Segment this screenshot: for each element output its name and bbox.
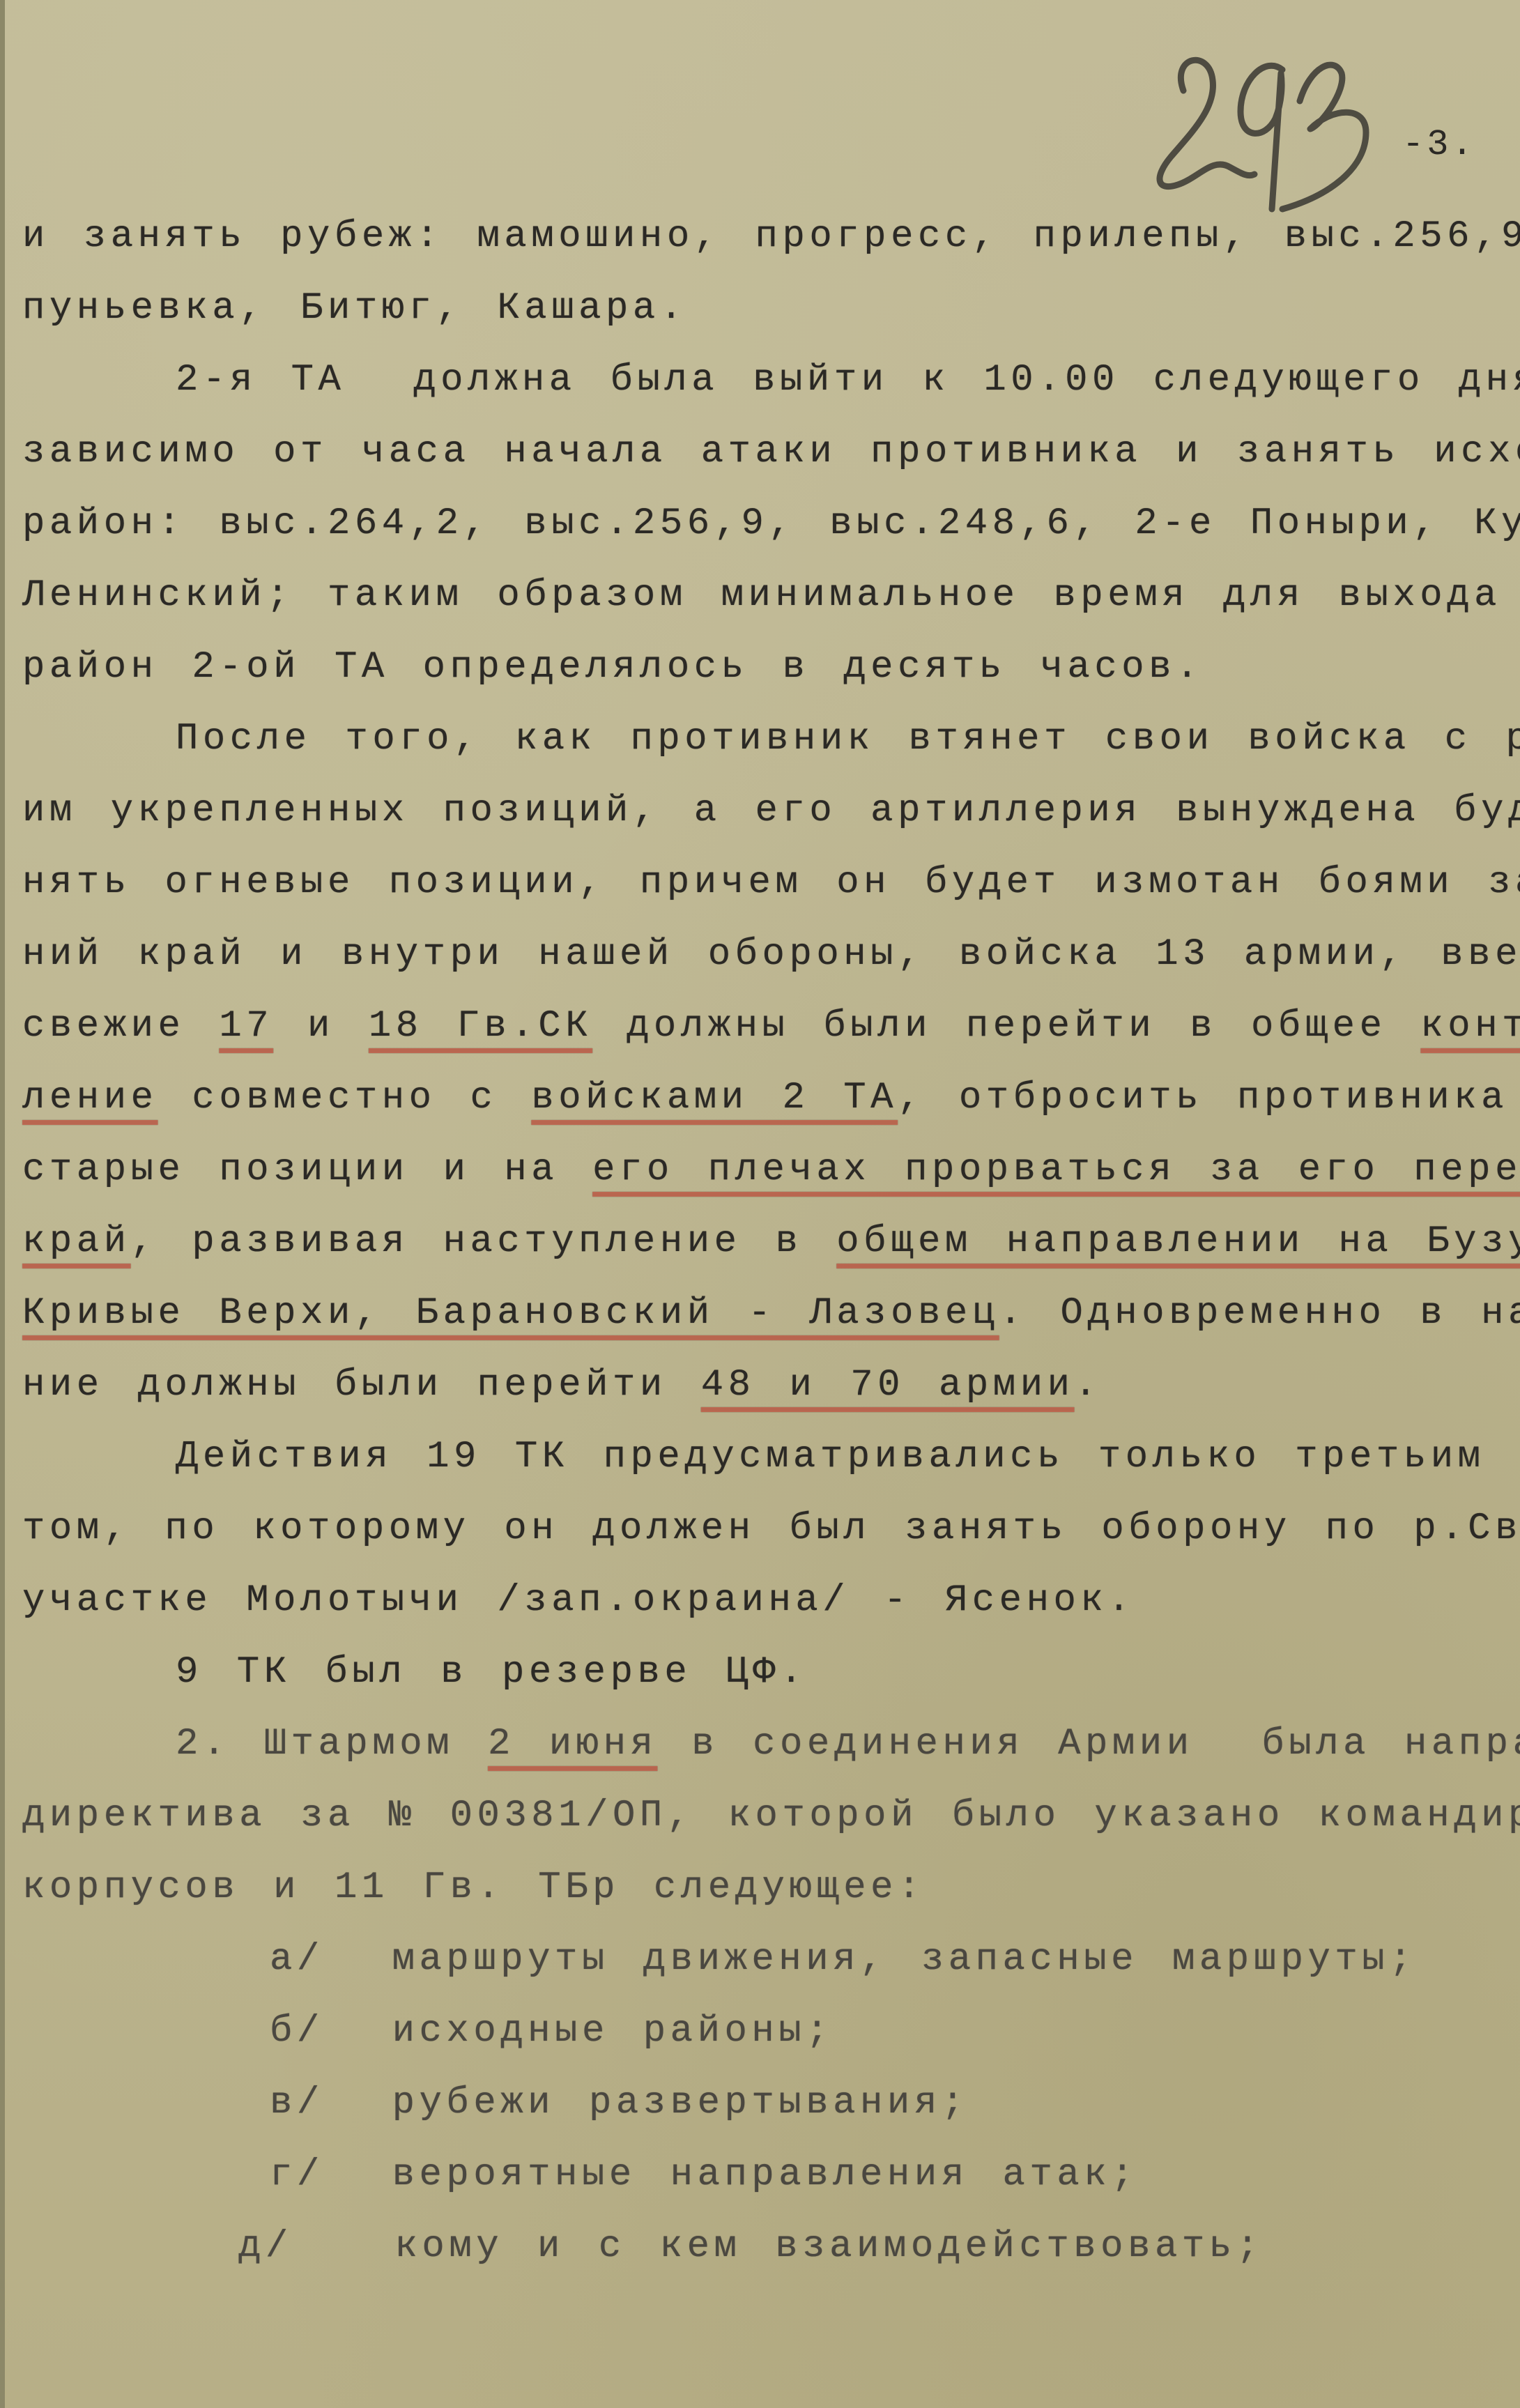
text-segment: директива за № 00381/ОП, которой было ук… (22, 1795, 1520, 1837)
page-number: -3. (1402, 124, 1476, 165)
handwritten-293-icon (1143, 42, 1373, 216)
text-line: старые позиции и на его плечах прорватьс… (22, 1134, 1493, 1206)
text-segment: в соединения Армии была направлена (657, 1723, 1520, 1765)
text-line: корпусов и 11 Гв. ТБр следующее: (22, 1852, 1493, 1924)
text-line: 2-я ТА должна была выйти к 10.00 следующ… (22, 344, 1493, 416)
text-segment: и занять рубеж: мамошино, прогресс, прил… (22, 215, 1520, 258)
text-segment: нять огневые позиции, причем он будет из… (22, 861, 1520, 904)
text-segment: совместно с (158, 1077, 532, 1119)
text-segment: Действия 19 ТК предусматривались только … (176, 1436, 1520, 1478)
underlined-phrase: 2 июня (488, 1723, 657, 1765)
text-line: зависимо от часа начала атаки противника… (22, 416, 1493, 488)
list-text: исходные районы; (392, 2010, 833, 2053)
list-marker: г/ (270, 2154, 358, 2196)
text-line: ний край и внутри нашей обороны, войска … (22, 919, 1493, 990)
text-line: 2. Штармом 2 июня в соединения Армии был… (22, 1708, 1493, 1780)
text-line: директива за № 00381/ОП, которой было ук… (22, 1780, 1493, 1852)
list-marker: б/ (270, 2010, 358, 2053)
list-marker: а/ (270, 1938, 358, 1981)
text-segment: ние должны были перейти (22, 1364, 701, 1406)
text-segment: том, по которому он должен был занять об… (22, 1508, 1520, 1550)
text-line: участке Молотычи /зап.окраина/ - Ясенок. (22, 1565, 1493, 1636)
text-line: район: выс.264,2, выс.256,9, выс.248,6, … (22, 488, 1493, 560)
list-marker: в/ (270, 2082, 358, 2124)
text-segment: , развивая наступление в (131, 1220, 837, 1263)
text-segment: район 2-ой ТА определялось в десять часо… (22, 646, 1203, 689)
text-line: им укрепленных позиций, а его артиллерия… (22, 775, 1493, 847)
text-segment: свежие (22, 1005, 219, 1048)
text-segment: , отбросить противника на его (898, 1077, 1520, 1119)
list-text: маршруты движения, запасные маршруты; (392, 1938, 1417, 1981)
text-line: Кривые Верхи, Барановский - Лазовец. Одн… (22, 1278, 1493, 1349)
list-marker: д/ (238, 2225, 327, 2268)
text-segment: им укрепленных позиций, а его артиллерия… (22, 790, 1520, 832)
text-segment: 2. Штармом (176, 1723, 488, 1765)
text-line: район 2-ой ТА определялось в десять часо… (22, 631, 1493, 703)
text-segment: район: выс.264,2, выс.256,9, выс.248,6, … (22, 503, 1520, 545)
text-segment: должны были перейти в общее (592, 1005, 1420, 1048)
underlined-phrase: 18 Гв.СК (369, 1005, 592, 1048)
text-line: ние должны были перейти 48 и 70 армии. (22, 1349, 1493, 1421)
list-item: г/ вероятные направления атак; (22, 2139, 1493, 2211)
text-line: Действия 19 ТК предусматривались только … (22, 1421, 1493, 1493)
underlined-phrase: войсками 2 ТА (531, 1077, 898, 1119)
list-item: в/ рубежи развертывания; (22, 2067, 1493, 2139)
text-segment: . Одновременно в наступле- (999, 1292, 1520, 1335)
text-line: ление совместно с войсками 2 ТА, отброси… (22, 1062, 1493, 1134)
typewritten-body: и занять рубеж: мамошино, прогресс, прил… (22, 201, 1493, 2283)
handwritten-folio-number (1143, 42, 1373, 216)
text-segment: После того, как противник втянет свои во… (176, 718, 1520, 760)
text-line: и занять рубеж: мамошино, прогресс, прил… (22, 201, 1493, 273)
underlined-phrase: общем направлении на Бузулук (836, 1220, 1520, 1263)
text-segment: корпусов и 11 Гв. ТБр следующее: (22, 1866, 925, 1909)
text-segment: ний край и внутри нашей обороны, войска … (22, 933, 1520, 976)
text-segment: зависимо от часа начала атаки противника… (22, 431, 1520, 473)
text-line: После того, как противник втянет свои во… (22, 703, 1493, 775)
list-text: кому и с кем взаимодействовать; (361, 2225, 1264, 2268)
text-line: свежие 17 и 18 Гв.СК должны были перейти… (22, 990, 1493, 1062)
text-segment: старые позиции и на (22, 1149, 592, 1191)
underlined-phrase: его плечах прорваться за его передний (592, 1149, 1520, 1191)
underlined-phrase: 48 и 70 армии (701, 1364, 1075, 1406)
underlined-phrase: ление (22, 1077, 158, 1119)
list-item: а/ маршруты движения, запасные маршруты; (22, 1924, 1493, 1995)
list-item: д/ кому и с кем взаимодействовать; (22, 2211, 1493, 2283)
underlined-phrase: контрнаступ- (1420, 1005, 1520, 1048)
page-edge-shadow (0, 0, 5, 2408)
text-line: пуньевка, Битюг, Кашара. (22, 273, 1493, 344)
underlined-phrase: Кривые Верхи, Барановский - Лазовец (22, 1292, 999, 1335)
text-segment: . (1075, 1364, 1102, 1406)
underlined-phrase: 17 (219, 1005, 273, 1048)
text-segment: 2-я ТА должна была выйти к 10.00 следующ… (176, 359, 1520, 401)
text-line: 9 ТК был в резерве ЦФ. (22, 1636, 1493, 1708)
text-segment: участке Молотычи /зап.окраина/ - Ясенок. (22, 1579, 1135, 1622)
list-text: рубежи развертывания; (392, 2082, 969, 2124)
text-segment: Ленинский; таким образом минимальное вре… (22, 574, 1520, 617)
text-segment: 9 ТК был в резерве ЦФ. (176, 1651, 807, 1694)
text-segment: и (273, 1005, 369, 1048)
text-line: нять огневые позиции, причем он будет из… (22, 847, 1493, 919)
text-segment: пуньевка, Битюг, Кашара. (22, 287, 687, 330)
text-line: том, по которому он должен был занять об… (22, 1493, 1493, 1565)
list-text: вероятные направления атак; (392, 2154, 1138, 2196)
text-line: Ленинский; таким образом минимальное вре… (22, 560, 1493, 631)
text-line: край, развивая наступление в общем напра… (22, 1206, 1493, 1278)
underlined-phrase: край (22, 1220, 131, 1263)
list-item: б/ исходные районы; (22, 1995, 1493, 2067)
